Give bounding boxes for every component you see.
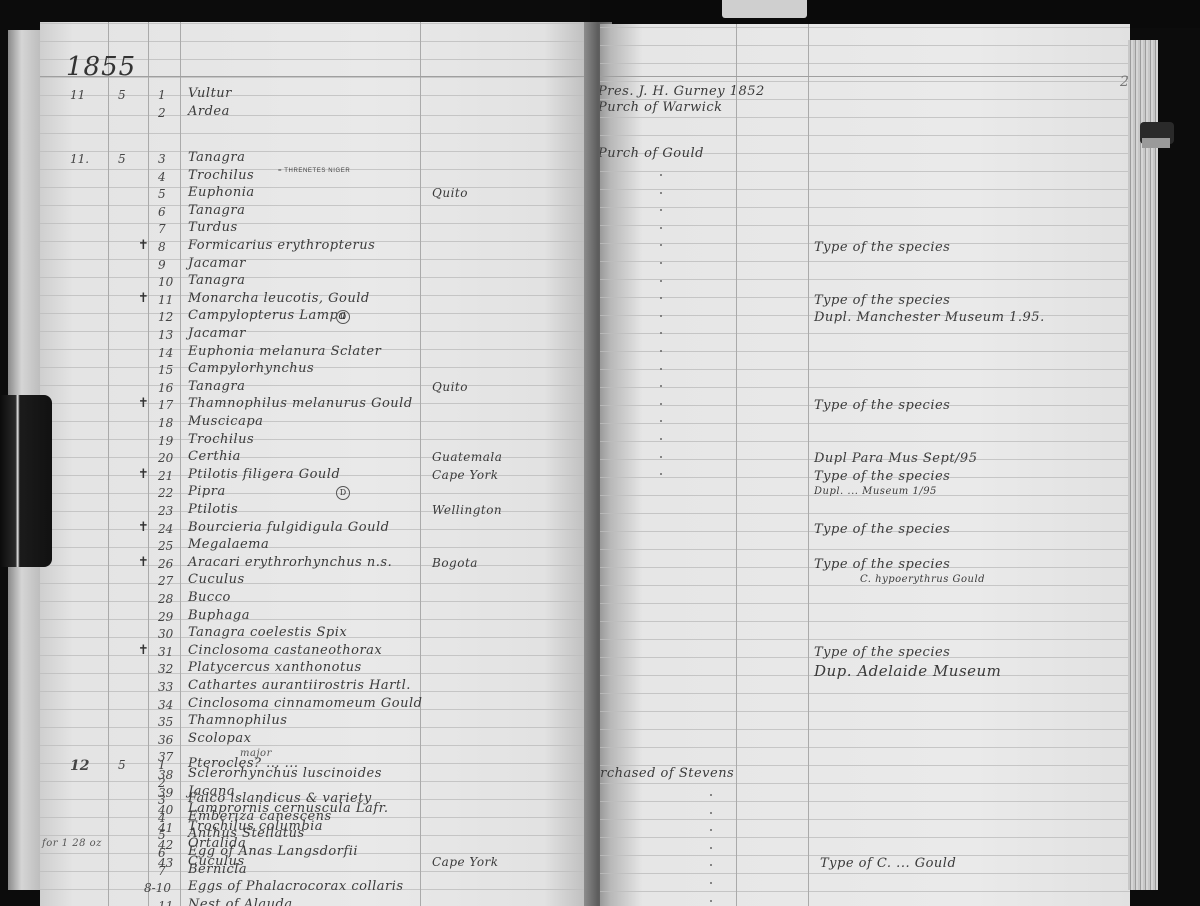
entry-number: 3 [158, 793, 166, 807]
specimen-name: Tanagra [188, 203, 245, 218]
specimen-name: Certhia [188, 449, 241, 464]
entry-number: 13 [158, 328, 173, 342]
type-remark: Type of the species [814, 469, 950, 484]
type-remark: Type of the species [814, 557, 950, 572]
specimen-name: Eggs of Phalacrocorax collaris [188, 879, 404, 894]
entry-month: 12 [70, 758, 89, 774]
entry-day: 5 [118, 88, 126, 102]
column-rule-month [108, 22, 109, 906]
specimen-name: Jacamar [188, 256, 246, 271]
specimen-name: Trochilus [188, 432, 254, 447]
ditto-mark [660, 403, 662, 405]
duplicate-note: Dupl. Manchester Museum 1.95. [814, 310, 1045, 325]
specimen-name: Cathartes aurantiirostris Hartl. [188, 678, 411, 693]
entry-number: 9 [158, 258, 166, 272]
specimen-name: Tanagra coelestis Spix [188, 625, 347, 640]
entry-number: 1 [158, 88, 166, 102]
entry-number: 32 [158, 662, 173, 676]
entry-day: 5 [118, 152, 126, 166]
specimen-name: Megalaema [188, 537, 269, 552]
entry-number: 25 [158, 539, 173, 553]
entry-number: 29 [158, 610, 173, 624]
type-cross-mark: ✝ [138, 238, 149, 253]
specimen-name: Scolopax [188, 731, 251, 746]
specimen-name: Egg of Anas Langsdorfii [188, 844, 358, 859]
specimen-name: Euphonia melanura Sclater [188, 344, 381, 359]
ditto-mark [660, 368, 662, 370]
specimen-name: Bucco [188, 590, 231, 605]
specimen-name: Bernicla [188, 862, 247, 877]
type-remark: Type of the species [814, 522, 950, 537]
entry-number: 6 [158, 205, 166, 219]
specimen-name: Cinclosoma castaneothorax [188, 643, 382, 658]
entry-number: 20 [158, 451, 173, 465]
column-rule-remarks [808, 24, 809, 906]
type-remark: Type of the species [814, 293, 950, 308]
ditto-mark [660, 174, 662, 176]
duplicate-note: Dupl. ... Museum 1/95 [814, 486, 937, 497]
specimen-name: Pterocles? ... ... [188, 756, 299, 771]
specimen-name: Pipra [188, 484, 226, 499]
locality: Cape York [432, 855, 499, 869]
entry-number: 1 [158, 758, 166, 772]
entry-number: 5 [158, 187, 166, 201]
right-page: 23 Pres. J. H. Gurney 1852 Purch of Warw… [600, 24, 1130, 906]
specimen-name: Tanagra [188, 379, 245, 394]
entry-number: 22 [158, 486, 173, 500]
column-rule-locality [420, 22, 421, 906]
entry-number: 36 [158, 733, 173, 747]
entry-number: 18 [158, 416, 173, 430]
locality: Quito [432, 186, 468, 200]
type-remark: Type of the species [814, 398, 950, 413]
specimen-name: Muscicapa [188, 414, 263, 429]
specimen-name: Tanagra [188, 150, 245, 165]
type-cross-mark: ✝ [138, 555, 149, 570]
ditto-mark [660, 350, 662, 352]
duplicate-note: Dup. Adelaide Museum [814, 662, 1001, 680]
entry-number: 7 [158, 864, 166, 878]
specimen-name: Turdus [188, 220, 238, 235]
specimen-name: Ardea [188, 104, 230, 119]
entry-number: 35 [158, 715, 173, 729]
entry-month: 11 [70, 88, 85, 102]
entry-number: 10 [158, 275, 173, 289]
ditto-mark [710, 882, 712, 884]
specimen-name: Vultur [188, 86, 232, 101]
specimen-name: Aracari erythrorhynchus n.s. [188, 555, 392, 570]
ditto-mark [660, 438, 662, 440]
entry-number: 34 [158, 698, 173, 712]
ditto-mark [660, 280, 662, 282]
entry-number: 8-10 [144, 881, 171, 895]
specimen-name: Emberiza canescens [188, 809, 332, 824]
specimen-name: Monarcha leucotis, Gould [188, 291, 370, 306]
ditto-mark [710, 900, 712, 902]
specimen-name: Buphaga [188, 608, 250, 623]
entry-number: 27 [158, 574, 173, 588]
entry-number: 21 [158, 469, 173, 483]
binder-clip-right-plate [1142, 138, 1170, 148]
duplicate-note: Dupl Para Mus Sept/95 [814, 451, 977, 466]
entry-number: 4 [158, 170, 166, 184]
specimen-name: Anthus Stellatus [188, 826, 305, 841]
entry-number: 4 [158, 811, 166, 825]
specimen-name: Cuculus [188, 572, 245, 587]
ditto-mark [710, 847, 712, 849]
locality: Wellington [432, 503, 502, 517]
specimen-name: Thamnophilus melanurus Gould [188, 396, 413, 411]
column-rule-day [148, 22, 149, 906]
entry-number: 2 [158, 776, 166, 790]
entry-number: 16 [158, 381, 173, 395]
column-rule-source [736, 24, 737, 906]
ditto-mark [660, 227, 662, 229]
specimen-name: Bourcieria fulgidigula Gould [188, 520, 389, 535]
entry-number: 2 [158, 106, 166, 120]
ditto-mark [710, 812, 712, 814]
entry-number: 23 [158, 504, 173, 518]
type-remark: Type of the species [814, 240, 950, 255]
entry-number: 3 [158, 152, 166, 166]
specimen-name: Euphonia [188, 185, 255, 200]
entry-number: 28 [158, 592, 173, 606]
entry-number: 7 [158, 222, 166, 236]
source-note: Pres. J. H. Gurney 1852 [600, 84, 765, 99]
entry-number: 31 [158, 645, 173, 659]
entry-number: 17 [158, 398, 173, 412]
entry-number: 19 [158, 434, 173, 448]
year-heading: 1855 [66, 52, 136, 82]
binder-clip-left [0, 395, 52, 567]
entry-note: = THRENETES NIGER [278, 168, 350, 174]
specimen-name: Ptilotis [188, 502, 238, 517]
type-cross-mark: ✝ [138, 291, 149, 306]
entry-number: 14 [158, 346, 173, 360]
specimen-name: Campylopterus Lampa [188, 308, 347, 323]
type-cross-mark: ✝ [138, 643, 149, 658]
entry-number: 11 [158, 899, 173, 906]
column-rule-number [180, 22, 181, 906]
entry-number: 11 [158, 293, 173, 307]
header-rule [600, 76, 1130, 77]
specimen-name: Trochilus [188, 168, 254, 183]
entry-number: 15 [158, 363, 173, 377]
specimen-name: Thamnophilus [188, 713, 287, 728]
entry-number: 6 [158, 846, 166, 860]
ditto-mark [660, 192, 662, 194]
specimen-name: Campylorhynchus [188, 361, 314, 376]
locality: Cape York [432, 468, 499, 482]
locality: Guatemala [432, 450, 502, 464]
type-cross-mark: ✝ [138, 467, 149, 482]
entry-number: 8 [158, 240, 166, 254]
source-note: Purch of Gould [600, 146, 704, 161]
ditto-mark [660, 456, 662, 458]
entry-number: 5 [158, 828, 166, 842]
type-remark: Type of the species [814, 645, 950, 660]
source-note: Purch of Warwick [600, 100, 723, 115]
type-cross-mark: ✝ [138, 396, 149, 411]
specimen-name: Platycercus xanthonotus [188, 660, 362, 675]
entry-day: 5 [118, 758, 126, 772]
ditto-mark [710, 794, 712, 796]
specimen-name: Falco islandicus & variety [188, 791, 372, 806]
entry-number: 26 [158, 557, 173, 571]
type-remark: C. hypoerythrus Gould [860, 574, 985, 585]
entry-number: 30 [158, 627, 173, 641]
specimen-name: Jacamar [188, 326, 246, 341]
entry-number: 33 [158, 680, 173, 694]
locality: Quito [432, 380, 468, 394]
entry-number: 24 [158, 522, 173, 536]
specimen-name: Nest of Alauda [188, 897, 293, 906]
right-page-edges [1128, 40, 1158, 890]
open-ledger: 1855 1151Vultur2Ardea11.53Tanagra4Trochi… [0, 0, 1200, 906]
specimen-name: Cinclosoma cinnamomeum Gould [188, 696, 422, 711]
specimen-name: Formicarius erythropterus [188, 238, 375, 253]
left-page: 1855 1151Vultur2Ardea11.53Tanagra4Trochi… [40, 22, 588, 906]
type-remark: Type of C. ... Gould [820, 856, 956, 871]
bookmark-tab [722, 0, 807, 18]
entry-number: 12 [158, 310, 173, 324]
ditto-mark [660, 315, 662, 317]
locality: Bogota [432, 556, 478, 570]
entry-month: 11. [70, 152, 89, 166]
margin-note: for 1 28 oz [42, 838, 102, 849]
ditto-mark [660, 262, 662, 264]
source-note: Purchased of Stevens [600, 766, 734, 781]
type-cross-mark: ✝ [138, 520, 149, 535]
specimen-name: Tanagra [188, 273, 245, 288]
specimen-name: Ptilotis filigera Gould [188, 467, 340, 482]
